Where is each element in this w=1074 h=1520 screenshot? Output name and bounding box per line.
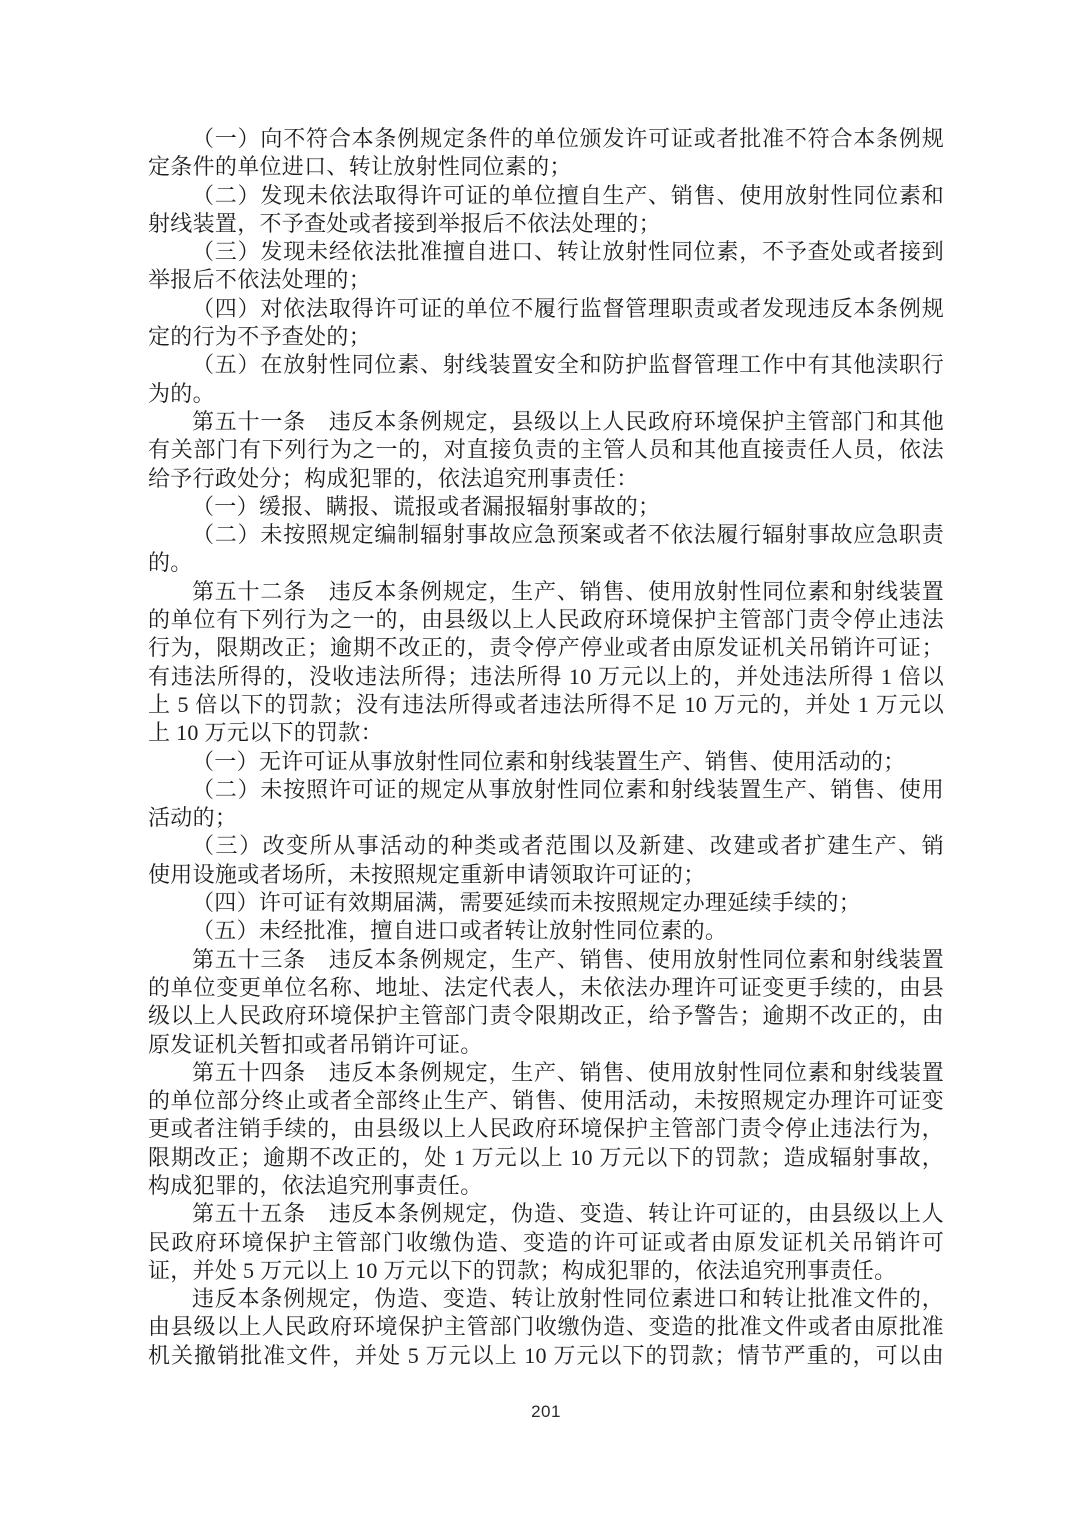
text-line: （五）未经批准，擅自进口或者转让放射性同位素的。	[148, 917, 944, 945]
text-line: （四）对依法取得许可证的单位不履行监督管理职责或者发现违反本条例规	[148, 295, 944, 323]
text-line: 有关部门有下列行为之一的，对直接负责的主管人员和其他直接责任人员，依法	[148, 436, 944, 464]
text-line: （四）许可证有效期届满，需要延续而未按照规定办理延续手续的；	[148, 889, 944, 917]
text-line: 的单位有下列行为之一的，由县级以上人民政府环境保护主管部门责令停止违法	[148, 606, 944, 634]
page-number: 201	[148, 1402, 944, 1422]
text-line: 第五十三条 违反本条例规定，生产、销售、使用放射性同位素和射线装置	[148, 946, 944, 974]
text-line: （五）在放射性同位素、射线装置安全和防护监督管理工作中有其他渎职行	[148, 351, 944, 379]
text-line: 行为，限期改正；逾期不改正的，责令停产停业或者由原发证机关吊销许可证；	[148, 634, 944, 662]
text-line: 使用设施或者场所，未按照规定重新申请领取许可证的；	[148, 861, 944, 889]
text-line: 的。	[148, 549, 944, 577]
text-line: 射线装置，不予查处或者接到举报后不依法处理的；	[148, 210, 944, 238]
text-line: 的单位部分终止或者全部终止生产、销售、使用活动，未按照规定办理许可证变	[148, 1087, 944, 1115]
text-line: 第五十二条 违反本条例规定，生产、销售、使用放射性同位素和射线装置	[148, 578, 944, 606]
text-line: 由县级以上人民政府环境保护主管部门收缴伪造、变造的批准文件或者由原批准	[148, 1313, 944, 1341]
text-line: 违反本条例规定，伪造、变造、转让放射性同位素进口和转让批准文件的，	[148, 1285, 944, 1313]
text-line: 上 5 倍以下的罚款；没有违法所得或者违法所得不足 10 万元的，并处 1 万元…	[148, 691, 944, 719]
text-line: 证，并处 5 万元以上 10 万元以下的罚款；构成犯罪的，依法追究刑事责任。	[148, 1257, 944, 1285]
text-line: 定条件的单位进口、转让放射性同位素的；	[148, 153, 944, 181]
text-line: 的单位变更单位名称、地址、法定代表人，未依法办理许可证变更手续的，由县	[148, 974, 944, 1002]
text-line: （二）发现未依法取得许可证的单位擅自生产、销售、使用放射性同位素和	[148, 182, 944, 210]
text-line: 第五十一条 违反本条例规定，县级以上人民政府环境保护主管部门和其他	[148, 408, 944, 436]
text-line: 构成犯罪的，依法追究刑事责任。	[148, 1172, 944, 1200]
text-line: 限期改正；逾期不改正的，处 1 万元以上 10 万元以下的罚款；造成辐射事故，	[148, 1144, 944, 1172]
text-line: 机关撤销批准文件，并处 5 万元以上 10 万元以下的罚款；情节严重的，可以由	[148, 1342, 944, 1370]
text-line: 第五十四条 违反本条例规定，生产、销售、使用放射性同位素和射线装置	[148, 1059, 944, 1087]
document-body: （一）向不符合本条例规定条件的单位颁发许可证或者批准不符合本条例规定条件的单位进…	[148, 125, 944, 1370]
text-line: 给予行政处分；构成犯罪的，依法追究刑事责任：	[148, 465, 944, 493]
text-line: （二）未按照规定编制辐射事故应急预案或者不依法履行辐射事故应急职责	[148, 521, 944, 549]
text-line: 为的。	[148, 380, 944, 408]
document-page: （一）向不符合本条例规定条件的单位颁发许可证或者批准不符合本条例规定条件的单位进…	[0, 0, 1074, 1520]
text-line: （三）改变所从事活动的种类或者范围以及新建、改建或者扩建生产、销售、	[148, 832, 944, 860]
text-line: 民政府环境保护主管部门收缴伪造、变造的许可证或者由原发证机关吊销许可	[148, 1229, 944, 1257]
text-line: 定的行为不予查处的；	[148, 323, 944, 351]
text-line: 上 10 万元以下的罚款：	[148, 719, 944, 747]
text-line: （一）向不符合本条例规定条件的单位颁发许可证或者批准不符合本条例规	[148, 125, 944, 153]
text-line: 举报后不依法处理的；	[148, 266, 944, 294]
text-line: （三）发现未经依法批准擅自进口、转让放射性同位素，不予查处或者接到	[148, 238, 944, 266]
text-line: 第五十五条 违反本条例规定，伪造、变造、转让许可证的，由县级以上人	[148, 1200, 944, 1228]
text-line: 原发证机关暂扣或者吊销许可证。	[148, 1031, 944, 1059]
text-line: 更或者注销手续的，由县级以上人民政府环境保护主管部门责令停止违法行为，	[148, 1115, 944, 1143]
text-line: 活动的；	[148, 804, 944, 832]
text-line: 级以上人民政府环境保护主管部门责令限期改正，给予警告；逾期不改正的，由	[148, 1002, 944, 1030]
text-line: （一）无许可证从事放射性同位素和射线装置生产、销售、使用活动的；	[148, 748, 944, 776]
text-line: （二）未按照许可证的规定从事放射性同位素和射线装置生产、销售、使用	[148, 776, 944, 804]
text-line: （一）缓报、瞒报、谎报或者漏报辐射事故的；	[148, 493, 944, 521]
text-line: 有违法所得的，没收违法所得；违法所得 10 万元以上的，并处违法所得 1 倍以	[148, 663, 944, 691]
